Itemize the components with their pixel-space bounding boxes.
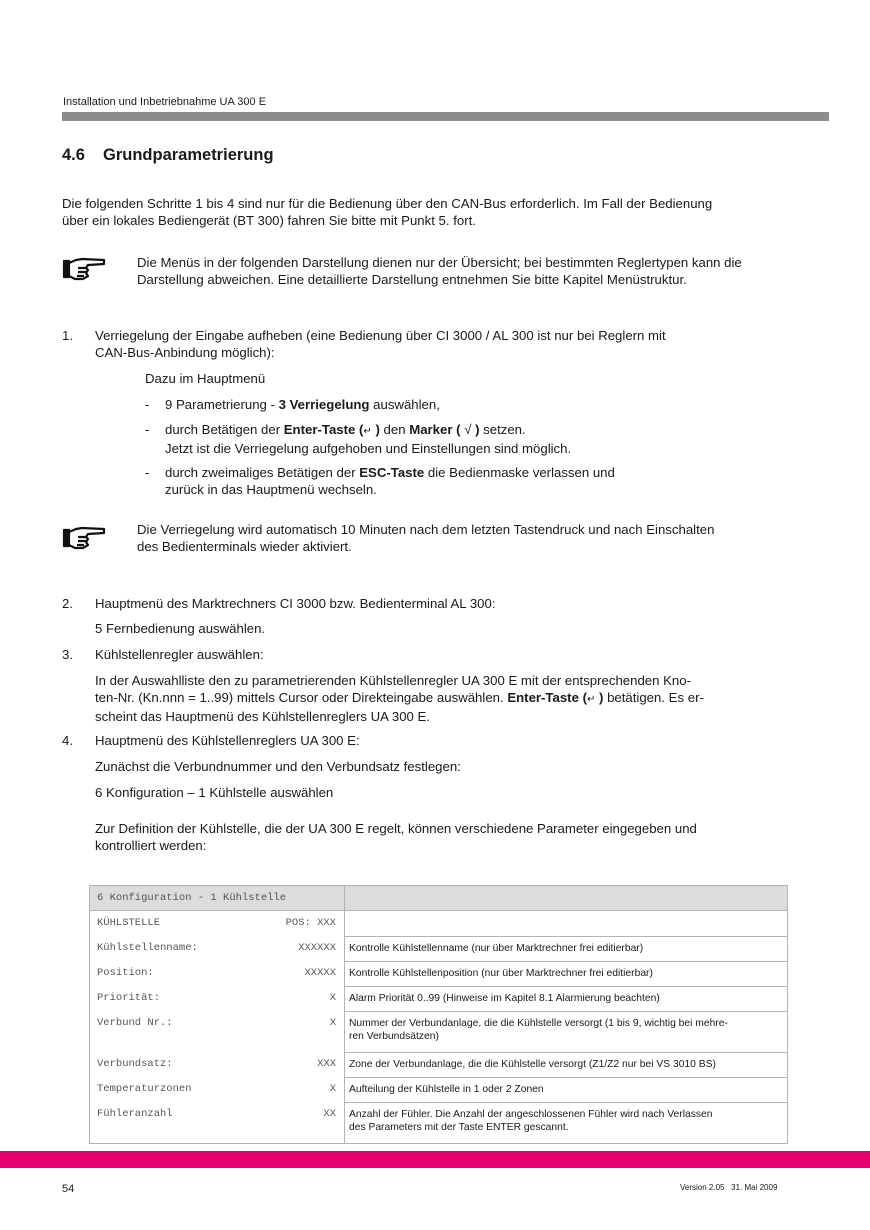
bold-text: Enter-Taste ( <box>284 422 364 437</box>
step-number: 2. <box>62 595 73 612</box>
param-desc: des Parameters mit der Taste ENTER gesca… <box>349 1121 783 1134</box>
text: Jetzt ist die Verriegelung aufgehoben un… <box>165 440 785 457</box>
text: scheint das Hauptmenü des Kühlstellenreg… <box>95 708 815 725</box>
bold-text: ) <box>372 422 380 437</box>
desc-cell: Kontrolle Kühlstellenposition (nur über … <box>345 961 788 986</box>
step1-text: Verriegelung der Eingabe aufheben (eine … <box>95 327 815 361</box>
param-value: X <box>330 992 336 1011</box>
step1-bullet-3: durch zweimaliges Betätigen der ESC-Tast… <box>165 464 785 498</box>
bullet-dash: - <box>145 464 149 481</box>
param-value: XX <box>323 1108 336 1143</box>
text: durch zweimaliges Betätigen der <box>165 465 359 480</box>
intro-line: Die folgenden Schritte 1 bis 4 sind nur … <box>62 195 822 212</box>
enter-key-icon: ↵ <box>363 426 371 437</box>
table-row: KÜHLSTELLEPOS: XXX <box>90 911 788 937</box>
pointing-hand-icon <box>62 255 108 281</box>
text: durch Betätigen der <box>165 422 284 437</box>
step-line: CAN-Bus-Anbindung möglich): <box>95 344 815 361</box>
bullet-dash: - <box>145 421 149 438</box>
bold-text: Marker ( <box>409 422 464 437</box>
table-row: Verbundsatz:XXX Zone der Verbundanlage, … <box>90 1052 788 1077</box>
footer-accent-bar <box>0 1151 870 1168</box>
step2-sub: 5 Fernbedienung auswählen. <box>95 620 815 637</box>
text: 9 Parametrierung - <box>165 397 279 412</box>
param-value: XXXXX <box>304 967 336 986</box>
param-desc: ren Verbundsätzen) <box>349 1030 783 1043</box>
param-cell: Position:XXXXX <box>90 961 345 986</box>
param-label: Verbund Nr.: <box>97 1017 173 1052</box>
running-header: Installation und Inbetriebnahme UA 300 E <box>63 96 266 108</box>
table-row: FühleranzahlXX Anzahl der Fühler. Die An… <box>90 1102 788 1144</box>
step4-text: Hauptmenü des Kühlstellenreglers UA 300 … <box>95 732 815 749</box>
param-desc: Alarm Priorität 0..99 (Hinweise im Kapit… <box>345 987 787 1010</box>
param-value: X <box>330 1083 336 1102</box>
step-number: 1. <box>62 327 73 344</box>
intro-paragraph: Die folgenden Schritte 1 bis 4 sind nur … <box>62 195 822 229</box>
step-number: 4. <box>62 732 73 749</box>
version-info: Version 2.05 31. Mai 2009 <box>680 1183 777 1192</box>
bold-text: ESC-Taste <box>359 465 424 480</box>
param-label: Position: <box>97 967 154 986</box>
table-row: Kühlstellenname:XXXXXX Kontrolle Kühlste… <box>90 936 788 961</box>
step4-sub1: Zunächst die Verbundnummer und den Verbu… <box>95 758 815 775</box>
table-header-cell <box>345 886 788 911</box>
desc-cell: Alarm Priorität 0..99 (Hinweise im Kapit… <box>345 986 788 1011</box>
intro-line: über ein lokales Bediengerät (BT 300) fa… <box>62 212 822 229</box>
table-header-cell: 6 Konfiguration - 1 Kühlstelle <box>90 886 345 911</box>
param-value: X <box>330 1017 336 1052</box>
desc-cell: Kontrolle Kühlstellenname (nur über Mark… <box>345 936 788 961</box>
table-header-row: 6 Konfiguration - 1 Kühlstelle <box>90 886 788 911</box>
step-line: Verriegelung der Eingabe aufheben (eine … <box>95 327 815 344</box>
param-desc: Nummer der Verbundanlage, die die Kühlst… <box>349 1017 783 1030</box>
text: den <box>380 422 409 437</box>
bold-text: ) <box>471 422 479 437</box>
step4-sub3: Zur Definition der Kühlstelle, die der U… <box>95 820 815 854</box>
param-label: KÜHLSTELLE <box>97 917 160 936</box>
desc-cell: Zone der Verbundanlage, die die Kühlstel… <box>345 1052 788 1077</box>
param-desc: Kontrolle Kühlstellenname (nur über Mark… <box>345 937 787 960</box>
note-menus: Die Menüs in der folgenden Darstellung d… <box>137 254 827 288</box>
text: setzen. <box>480 422 526 437</box>
step2-text: Hauptmenü des Marktrechners CI 3000 bzw.… <box>95 595 815 612</box>
step3-paragraph: In der Auswahlliste den zu parametrieren… <box>95 672 815 725</box>
config-table: 6 Konfiguration - 1 Kühlstelle KÜHLSTELL… <box>89 885 788 1144</box>
step1-bullet-1: 9 Parametrierung - 3 Verriegelung auswäh… <box>165 396 785 413</box>
header-divider <box>62 112 829 121</box>
table-row: Position:XXXXX Kontrolle Kühlstellenposi… <box>90 961 788 986</box>
param-desc <box>345 911 787 934</box>
step1-sub: Dazu im Hauptmenü <box>145 370 785 387</box>
param-label: Fühleranzahl <box>97 1108 173 1143</box>
bold-text: 3 Verriegelung <box>279 397 370 412</box>
table-header-text: 6 Konfiguration - 1 Kühlstelle <box>90 886 344 904</box>
section-number: 4.6 <box>62 146 103 165</box>
param-label: Temperaturzonen <box>97 1083 192 1102</box>
param-cell: Verbund Nr.:X <box>90 1011 345 1052</box>
text: kontrolliert werden: <box>95 837 815 854</box>
step-number: 3. <box>62 646 73 663</box>
desc-cell: Anzahl der Fühler. Die Anzahl der angesc… <box>345 1102 788 1144</box>
section-heading: Grundparametrierung <box>103 146 274 164</box>
param-cell: Kühlstellenname:XXXXXX <box>90 936 345 961</box>
text: auswählen, <box>370 397 440 412</box>
section-title: 4.6Grundparametrierung <box>62 146 274 165</box>
bullet-dash: - <box>145 396 149 413</box>
param-value: XXXXXX <box>298 942 336 961</box>
note-line: des Bedienterminals wieder aktiviert. <box>137 538 827 555</box>
param-value: XXX <box>317 1058 336 1077</box>
note-line: Die Verriegelung wird automatisch 10 Min… <box>137 521 827 538</box>
param-desc: Zone der Verbundanlage, die die Kühlstel… <box>345 1053 787 1076</box>
desc-cell: Aufteilung der Kühlstelle in 1 oder 2 Zo… <box>345 1077 788 1102</box>
param-cell: KÜHLSTELLEPOS: XXX <box>90 911 345 937</box>
param-cell: Verbundsatz:XXX <box>90 1052 345 1077</box>
param-value: POS: XXX <box>286 917 336 936</box>
note-line: Die Menüs in der folgenden Darstellung d… <box>137 254 827 271</box>
param-cell: FühleranzahlXX <box>90 1102 345 1144</box>
bold-text: Enter-Taste ( <box>507 690 587 705</box>
desc-cell: Nummer der Verbundanlage, die die Kühlst… <box>345 1011 788 1052</box>
text: betätigen. Es er- <box>603 690 703 705</box>
step3-text: Kühlstellenregler auswählen: <box>95 646 815 663</box>
text: die Bedienmaske verlassen und <box>424 465 615 480</box>
param-label: Verbundsatz: <box>97 1058 173 1077</box>
table-row: Verbund Nr.:X Nummer der Verbundanlage, … <box>90 1011 788 1052</box>
param-desc: Anzahl der Fühler. Die Anzahl der angesc… <box>349 1108 783 1121</box>
pointing-hand-icon <box>62 524 108 550</box>
note-line: Darstellung abweichen. Eine detaillierte… <box>137 271 827 288</box>
text: Zur Definition der Kühlstelle, die der U… <box>95 820 815 837</box>
step1-bullet-2: durch Betätigen der Enter-Taste (↵ ) den… <box>165 421 785 457</box>
text: zurück in das Hauptmenü wechseln. <box>165 481 785 498</box>
step4-sub2: 6 Konfiguration – 1 Kühlstelle auswählen <box>95 784 815 801</box>
page-number: 54 <box>62 1183 74 1195</box>
param-cell: TemperaturzonenX <box>90 1077 345 1102</box>
desc-cell <box>345 911 788 937</box>
param-label: Kühlstellenname: <box>97 942 198 961</box>
param-desc: Kontrolle Kühlstellenposition (nur über … <box>345 962 787 985</box>
table-row: Priorität:X Alarm Priorität 0..99 (Hinwe… <box>90 986 788 1011</box>
table-row: TemperaturzonenX Aufteilung der Kühlstel… <box>90 1077 788 1102</box>
param-cell: Priorität:X <box>90 986 345 1011</box>
param-label: Priorität: <box>97 992 160 1011</box>
text: ten-Nr. (Kn.nnn = 1..99) mittels Cursor … <box>95 690 507 705</box>
param-desc: Aufteilung der Kühlstelle in 1 oder 2 Zo… <box>345 1078 787 1101</box>
text: In der Auswahlliste den zu parametrieren… <box>95 672 815 689</box>
note-lock: Die Verriegelung wird automatisch 10 Min… <box>137 521 827 555</box>
